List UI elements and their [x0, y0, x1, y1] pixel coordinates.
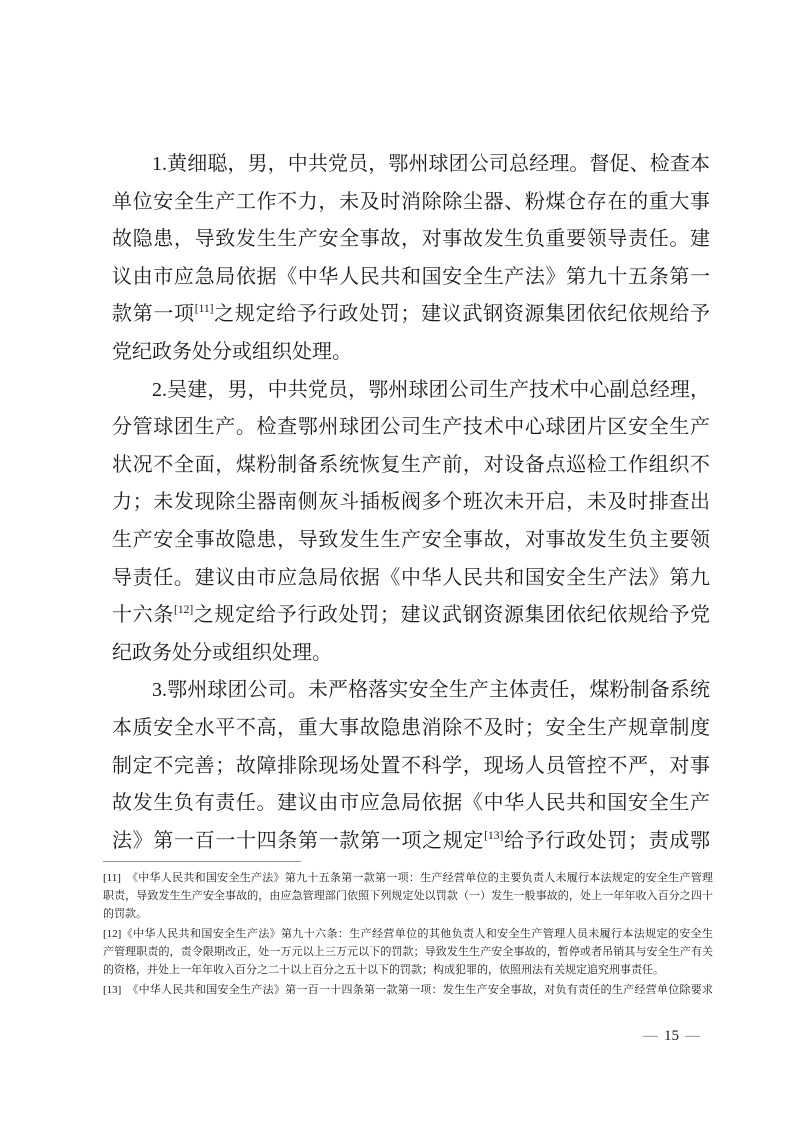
body-line: 力；未发现除尘器南侧灰斗插板阀多个班次未开启，未及时排查出 [112, 484, 710, 522]
body-line: 纪政务处分或组织处理。 [112, 635, 710, 673]
text-run: 本质安全水平不高，重大事故隐患消除不及时；安全生产规章制度 [112, 717, 710, 739]
text-run: 之规定给予行政处罚；建议武钢资源集团依纪依规给予 [214, 303, 711, 325]
text-run: 法》第一百一十四条第一款第一项之规定 [112, 830, 484, 852]
text-run: 状况不全面，煤粉制备系统恢复生产前，对设备点巡检工作组织不 [112, 454, 710, 476]
body-line: 议由市应急局依据《中华人民共和国安全生产法》第九十五条第一 [112, 259, 710, 297]
footnote-item: [12]《中华人民共和国安全生产法》第九十六条：生产经营单位的其他负责人和安全生… [103, 925, 713, 979]
footnote-ref: [12] [174, 604, 193, 616]
text-run: 单位安全生产工作不力，未及时消除除尘器、粉煤仓存在的重大事 [112, 191, 710, 213]
text-run: 党纪政务处分或组织处理。 [112, 341, 352, 363]
body-line: 十六条[12]之规定给予行政处罚；建议武钢资源集团依纪依规给予党 [112, 597, 710, 635]
document-body: 1.黄细聪，男，中共党员，鄂州球团公司总经理。督促、检查本单位安全生产工作不力，… [112, 146, 710, 860]
text-run: 故隐患，导致发生生产安全事故，对事故发生负重要领导责任。建 [112, 228, 710, 250]
body-line: 制定不完善；故障排除现场处置不科学，现场人员管控不严，对事 [112, 748, 710, 786]
footnote-ref: [11] [195, 303, 214, 315]
body-line: 本质安全水平不高，重大事故隐患消除不及时；安全生产规章制度 [112, 710, 710, 748]
body-line: 3.鄂州球团公司。未严格落实安全生产主体责任，煤粉制备系统 [112, 672, 710, 710]
footnote-line: 产管理职责的，责令限期改正，处一万元以上三万元以下的罚款；导致发生生产安全事故的… [103, 943, 713, 961]
text-run: 分管球团生产。检查鄂州球团公司生产技术中心球团片区安全生产 [112, 416, 710, 438]
footnote-line: [12]《中华人民共和国安全生产法》第九十六条：生产经营单位的其他负责人和安全生… [103, 925, 713, 943]
text-run: 3.鄂州球团公司。未严格落实安全生产主体责任，煤粉制备系统 [152, 679, 710, 701]
body-line: 故发生负有责任。建议由市应急局依据《中华人民共和国安全生产 [112, 785, 710, 823]
text-run: 纪政务处分或组织处理。 [112, 642, 332, 664]
body-line: 故隐患，导致发生生产安全事故，对事故发生负重要领导责任。建 [112, 221, 710, 259]
footnote-separator [103, 861, 301, 862]
page-number-value: 15 [664, 1028, 679, 1044]
footnote-line: [13] 《中华人民共和国安全生产法》第一百一十四条第一款第一项：发生生产安全事… [103, 981, 713, 999]
document-page: 1.黄细聪，男，中共党员，鄂州球团公司总经理。督促、检查本单位安全生产工作不力，… [0, 0, 800, 1131]
text-run: 导责任。建议由市应急局依据《中华人民共和国安全生产法》第九 [112, 567, 710, 589]
body-line: 款第一项[11]之规定给予行政处罚；建议武钢资源集团依纪依规给予 [112, 296, 710, 334]
text-run: 1.黄细聪，男，中共党员，鄂州球团公司总经理。督促、检查本 [152, 153, 710, 175]
text-run: 2.吴建，男，中共党员，鄂州球团公司生产技术中心副总经理， [152, 379, 710, 401]
text-run: 款第一项 [112, 303, 195, 325]
text-run: 力；未发现除尘器南侧灰斗插板阀多个班次未开启，未及时排查出 [112, 491, 710, 513]
text-run: 议由市应急局依据《中华人民共和国安全生产法》第九十五条第一 [112, 266, 710, 288]
footnotes-section: [11] 《中华人民共和国安全生产法》第九十五条第一款第一项：生产经营单位的主要… [103, 869, 713, 999]
body-line: 分管球团生产。检查鄂州球团公司生产技术中心球团片区安全生产 [112, 409, 710, 447]
body-line: 单位安全生产工作不力，未及时消除除尘器、粉煤仓存在的重大事 [112, 184, 710, 222]
footnote-item: [11] 《中华人民共和国安全生产法》第九十五条第一款第一项：生产经营单位的主要… [103, 869, 713, 923]
footnote-line: 职责，导致发生生产安全事故的，由应急管理部门依照下列规定处以罚款（一）发生一般事… [103, 887, 713, 905]
text-run: 之规定给予行政处罚；建议武钢资源集团依纪依规给予党 [193, 604, 710, 626]
footnote-line: 的资格，并处上一年年收入百分之二十以上百分之五十以下的罚款；构成犯罪的，依照刑法… [103, 961, 713, 979]
page-number-dash-right: — [685, 1028, 700, 1044]
footnote-ref: [13] [484, 830, 503, 842]
body-line: 法》第一百一十四条第一款第一项之规定[13]给予行政处罚；责成鄂 [112, 823, 710, 861]
text-run: 十六条 [112, 604, 174, 626]
body-line: 生产安全事故隐患，导致发生生产安全事故，对事故发生负主要领 [112, 522, 710, 560]
page-number-dash-left: — [643, 1028, 658, 1044]
body-line: 状况不全面，煤粉制备系统恢复生产前，对设备点巡检工作组织不 [112, 447, 710, 485]
footnote-item: [13] 《中华人民共和国安全生产法》第一百一十四条第一款第一项：发生生产安全事… [103, 981, 713, 999]
text-run: 给予行政处罚；责成鄂 [503, 830, 710, 852]
body-paragraph: 1.黄细聪，男，中共党员，鄂州球团公司总经理。督促、检查本单位安全生产工作不力，… [112, 146, 710, 372]
body-paragraph: 2.吴建，男，中共党员，鄂州球团公司生产技术中心副总经理，分管球团生产。检查鄂州… [112, 372, 710, 673]
body-line: 2.吴建，男，中共党员，鄂州球团公司生产技术中心副总经理， [112, 372, 710, 410]
body-paragraph: 3.鄂州球团公司。未严格落实安全生产主体责任，煤粉制备系统本质安全水平不高，重大… [112, 672, 710, 860]
page-number: —15— [643, 1026, 700, 1046]
text-run: 故发生负有责任。建议由市应急局依据《中华人民共和国安全生产 [112, 792, 710, 814]
body-line: 1.黄细聪，男，中共党员，鄂州球团公司总经理。督促、检查本 [112, 146, 710, 184]
footnote-line: [11] 《中华人民共和国安全生产法》第九十五条第一款第一项：生产经营单位的主要… [103, 869, 713, 887]
text-run: 生产安全事故隐患，导致发生生产安全事故，对事故发生负主要领 [112, 529, 710, 551]
body-line: 党纪政务处分或组织处理。 [112, 334, 710, 372]
footnote-line: 的罚款。 [103, 905, 713, 923]
body-line: 导责任。建议由市应急局依据《中华人民共和国安全生产法》第九 [112, 560, 710, 598]
text-run: 制定不完善；故障排除现场处置不科学，现场人员管控不严，对事 [112, 755, 710, 777]
